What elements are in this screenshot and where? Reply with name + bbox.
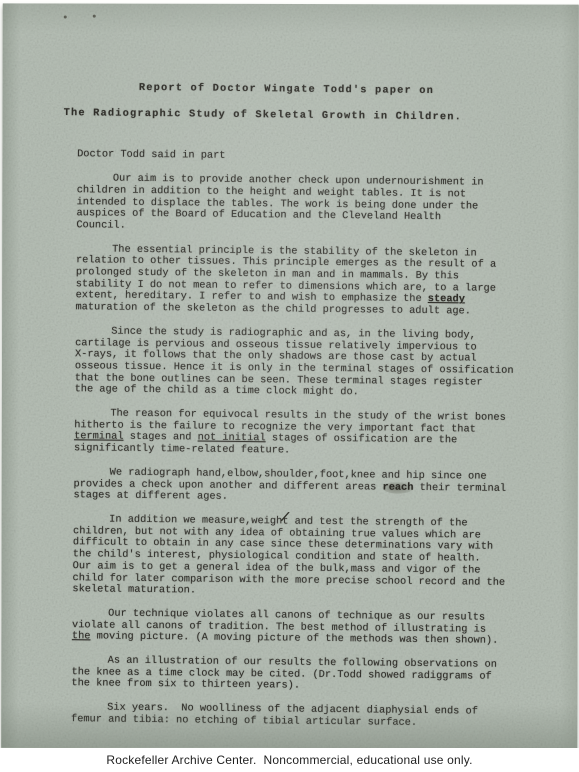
text-run: stages of ossification are the (266, 433, 458, 447)
text-run: their terminal (413, 481, 506, 494)
paragraph-aim: Our aim is to provide another check upon… (76, 173, 549, 237)
section-heading: Doctor Todd said in part (77, 150, 549, 167)
archive-caption-bar: Rockefeller Archive Center. Noncommercia… (0, 748, 579, 772)
scanned-document-frame: Report of Doctor Wingate Todd's paper on… (0, 0, 579, 772)
overstruck-word-reach: reach (382, 481, 413, 493)
paragraph-principle: The essential principle is the stability… (75, 244, 548, 319)
paragraph-equivocal-results: The reason for equivocal results in the … (74, 408, 546, 460)
paragraph-radiographic: Since the study is radiographic and as, … (75, 326, 548, 401)
typewritten-text: Report of Doctor Wingate Todd's paper on… (1, 3, 579, 731)
document-page: Report of Doctor Wingate Todd's paper on… (1, 3, 579, 748)
corrected-letter-t: t/ (282, 516, 288, 528)
paragraph-technique: Our technique violates all canons of tec… (72, 608, 544, 648)
paragraph-knee-illustration: As an illustration of our results the fo… (71, 655, 543, 695)
underlined-word-the: the (72, 630, 91, 642)
report-title-line-2: The Radiographic Study of Skeletal Growt… (64, 108, 550, 125)
paragraph-measurements: In addition we measure,weight/ and test … (72, 514, 545, 601)
report-title-line-1: Report of Doctor Wingate Todd's paper on (139, 83, 550, 99)
emphasized-word-steady: steady (428, 293, 465, 305)
paragraph-radiograph-areas: We radiograph hand,elbow,shoulder,foot,k… (73, 467, 545, 507)
text-run: moving picture. (A moving picture of the… (90, 631, 498, 647)
archive-caption-text: Rockefeller Archive Center. Noncommercia… (106, 753, 472, 767)
paragraph-six-years: Six years. No woolliness of the adjacent… (71, 702, 543, 731)
text-line-with-underline: the moving picture. (A moving picture of… (72, 631, 544, 648)
